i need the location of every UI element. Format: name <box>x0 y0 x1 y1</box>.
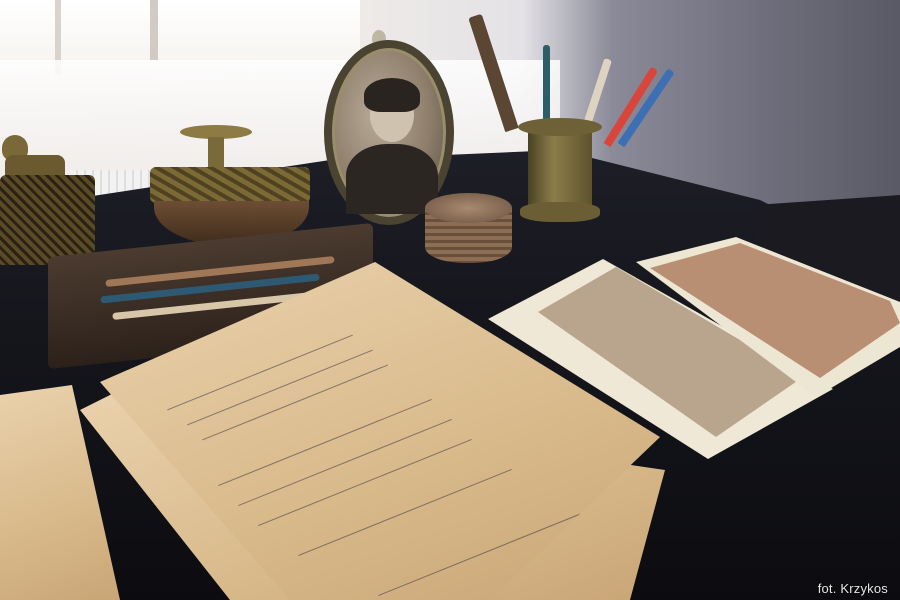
photo-scene: fot. Krzykos <box>0 0 900 600</box>
handwriting-line <box>238 419 452 506</box>
blotter-top <box>150 167 310 203</box>
brass-pencil-cup <box>518 118 602 222</box>
handwriting-line <box>218 399 432 486</box>
cup-body <box>528 128 592 206</box>
handwriting-line <box>258 439 472 526</box>
window-frame <box>150 0 158 60</box>
handwriting-line <box>167 335 353 411</box>
portrait-hair <box>364 78 420 112</box>
cup-rim <box>518 118 602 136</box>
ink-stand-body <box>0 175 95 265</box>
handwriting-line <box>202 365 388 441</box>
box-lid <box>425 193 512 223</box>
blotter-stem <box>208 137 224 169</box>
handwriting-line <box>187 350 373 426</box>
cup-base <box>520 202 600 222</box>
handwriting-line <box>298 469 512 556</box>
photo-credit-watermark: fot. Krzykos <box>818 581 888 596</box>
